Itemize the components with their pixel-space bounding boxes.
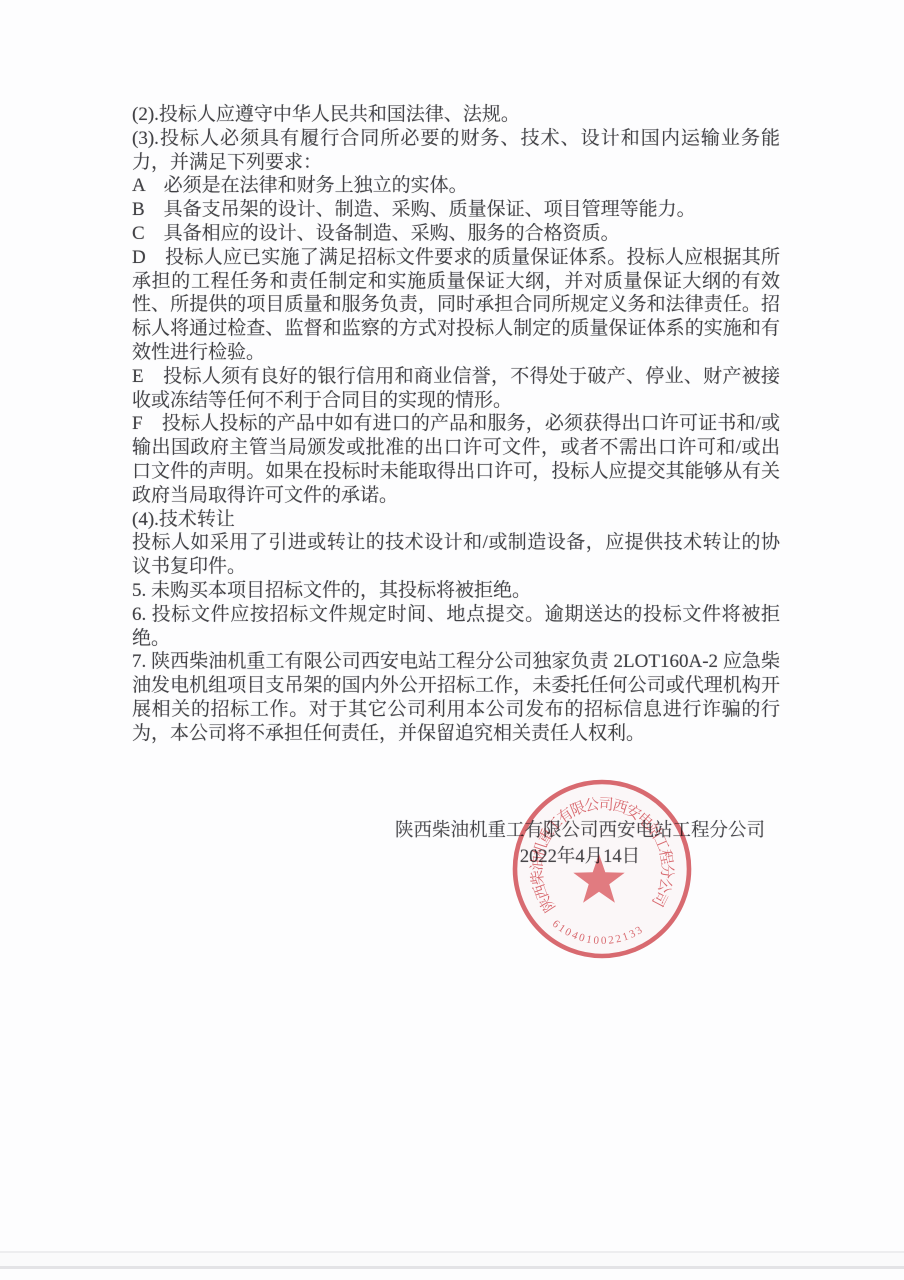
clause-3: (3).投标人必须具有履行合同所必要的财务、技术、设计和国内运输业务能力，并满足… bbox=[132, 127, 780, 175]
scanned-document-page: (2).投标人应遵守中华人民共和国法律、法规。 (3).投标人必须具有履行合同所… bbox=[0, 0, 904, 1280]
tender-clauses-text: (2).投标人应遵守中华人民共和国法律、法规。 (3).投标人必须具有履行合同所… bbox=[132, 103, 780, 746]
clause-3-item-e: E 投标人须有良好的银行信用和商业信誉，不得处于破产、停业、财产被接收或冻结等任… bbox=[132, 365, 780, 413]
clause-3-item-a: A 必须是在法律和财务上独立的实体。 bbox=[132, 174, 780, 198]
clause-2: (2).投标人应遵守中华人民共和国法律、法规。 bbox=[132, 103, 780, 127]
clause-5: 5. 未购买本项目招标文件的，其投标将被拒绝。 bbox=[132, 579, 780, 603]
clause-4-body: 投标人如采用了引进或转让的技术设计和/或制造设备，应提供技术转让的协议书复印件。 bbox=[132, 531, 780, 579]
page-edge-band bbox=[0, 1253, 904, 1266]
clause-7: 7. 陕西柴油机重工有限公司西安电站工程分公司独家负责 2LOT160A-2 应… bbox=[132, 650, 780, 745]
clause-3-item-d: D 投标人应已实施了满足招标文件要求的质量保证体系。投标人应根据其所承担的工程任… bbox=[132, 246, 780, 365]
company-seal: 陕西柴油机重工有限公司西安电站工程分公司 6104010022133 bbox=[492, 756, 714, 978]
clause-6: 6. 投标文件应按招标文件规定时间、地点提交。逾期送达的投标文件将被拒绝。 bbox=[132, 603, 780, 651]
clause-4-heading: (4).技术转让 bbox=[132, 508, 780, 532]
page-edge-line-lower bbox=[0, 1266, 904, 1269]
clause-3-item-c: C 具备相应的设计、设备制造、采购、服务的合格资质。 bbox=[132, 222, 780, 246]
clause-3-item-b: B 具备支吊架的设计、制造、采购、质量保证、项目管理等能力。 bbox=[132, 198, 780, 222]
clause-3-item-f: F 投标人投标的产品中如有进口的产品和服务，必须获得出口许可证书和/或输出国政府… bbox=[132, 412, 780, 507]
